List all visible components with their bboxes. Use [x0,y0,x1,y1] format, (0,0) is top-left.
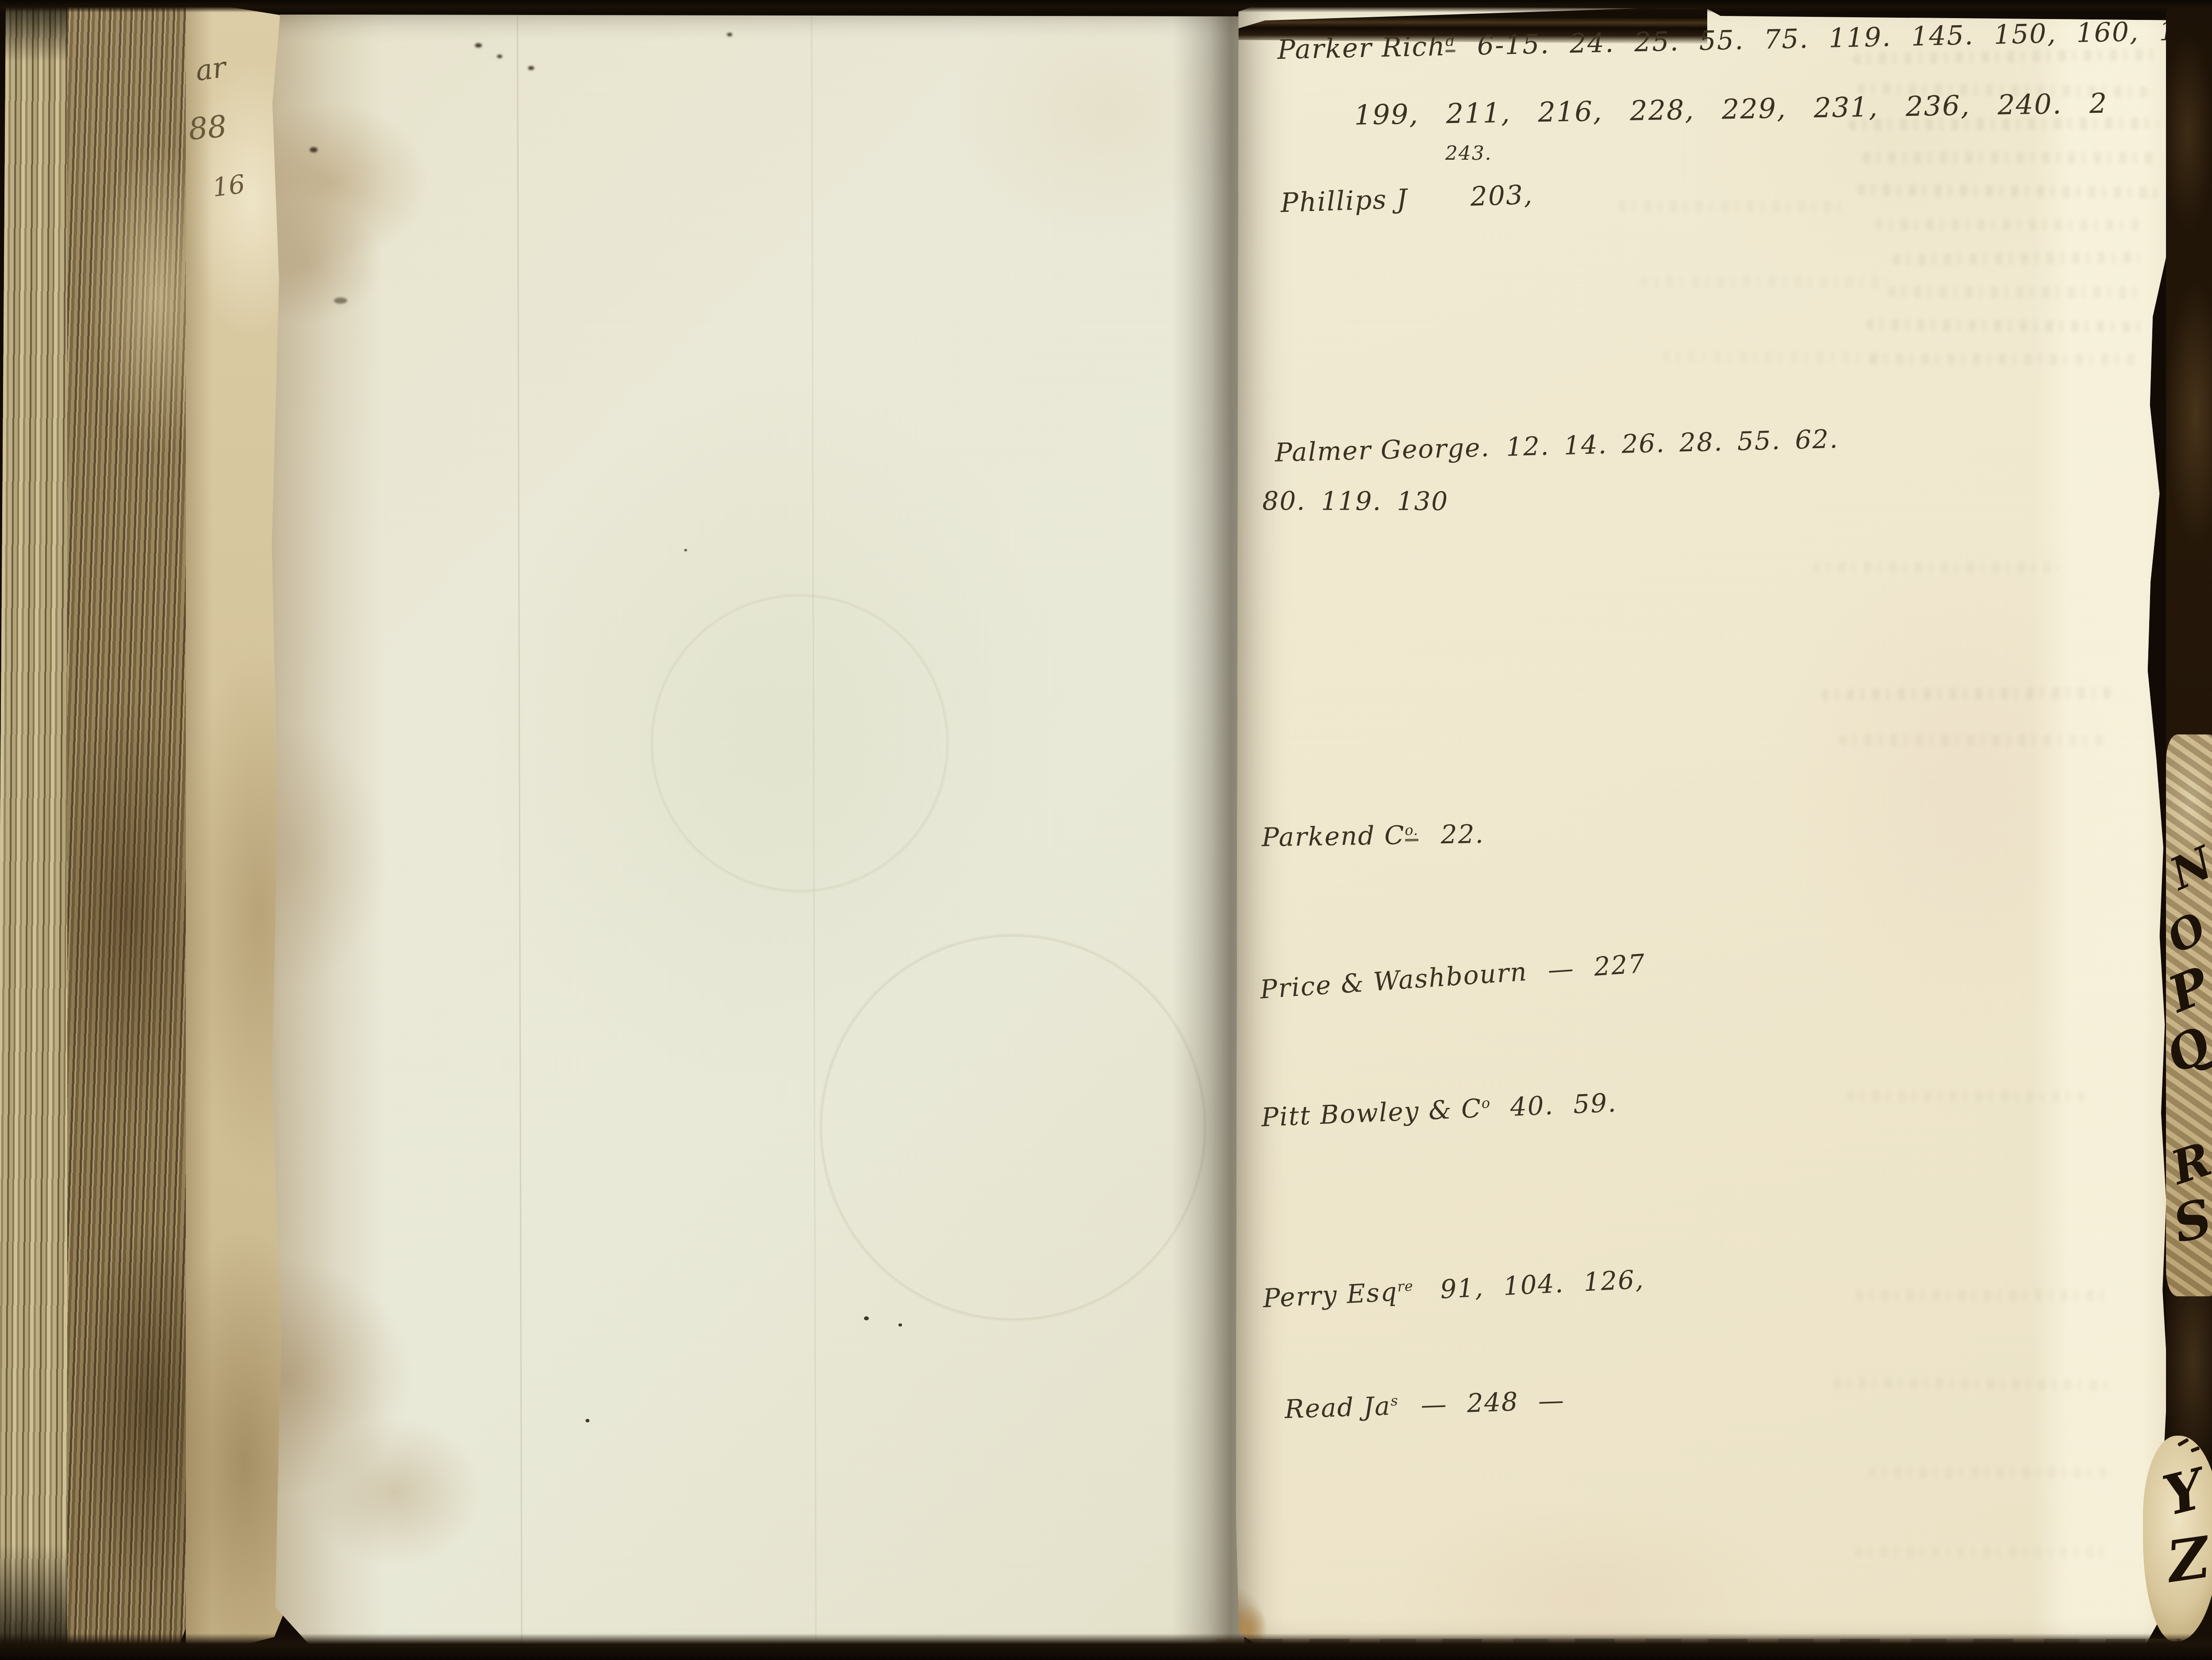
ghost-writing-line [1888,286,2145,298]
ghost-writing-line [1855,1546,2112,1558]
ink-smudge [497,54,502,58]
entry-name: Read Ja [1284,1391,1391,1424]
ink-smudge [310,147,318,153]
page-crease [811,13,817,1650]
ghost-writing-line [1855,1290,2112,1302]
page-crease [517,14,522,1651]
stub-writing-fragment: 88 [187,109,228,147]
index-entry-price: Price & Washbourn — 227 [1259,948,1647,1004]
index-entry-parkend: Parkend Co. 22. [1261,819,1484,853]
ink-smudge [334,297,347,304]
stub-writing-fragment: ar [193,51,228,88]
left-page [267,12,1244,1652]
entry-name: Palmer George. [1275,432,1490,468]
index-entry-perry: Perry Esqre 91, 104. 126, [1262,1264,1645,1314]
ghost-writing-line [1875,219,2140,231]
ghost-writing-line [1866,319,2145,332]
ghost-writing-line [1868,1467,2107,1479]
ghost-writing-line [1870,354,2136,365]
index-entry-phillips: Phillips J 203, [1280,179,1533,219]
ghost-writing-line [1893,252,2140,265]
index-entry-pitt: Pitt Bowley & Co 40. 59. [1261,1087,1617,1133]
entry-superscript: d [1445,32,1455,52]
ghost-writing-line [1833,1377,2108,1391]
index-entry-palmer: Palmer George. 12. 14. 26. 28. 55. 62. [1275,424,1839,468]
ink-smudge [727,33,732,36]
index-entry-palmer-line2: 80. 119. 130 [1262,486,1448,516]
entry-superscript: o [1481,1095,1491,1112]
ghost-writing-line [1663,351,1884,363]
entry-superscript: s [1390,1392,1399,1410]
index-tab-letter-z: Z [2164,1529,2212,1591]
ghost-writing-line [1863,152,2155,164]
index-entry-parker-line3: 243. [1445,142,1492,165]
ghost-writing-line [1618,201,1848,213]
entry-name: Perry Esq [1262,1276,1398,1313]
entry-page-numbers: 22. [1440,819,1484,850]
entry-superscript: o. [1405,822,1418,841]
ink-speck [585,1419,589,1422]
ghost-writing-line [1847,1091,2086,1103]
entry-name: Parkend C [1261,820,1405,853]
ink-speck [864,1316,869,1320]
entry-name: Pitt Bowley & C [1261,1093,1482,1133]
ink-speck [899,1323,902,1326]
entry-page-numbers: 40. 59. [1509,1087,1617,1122]
entry-page-numbers: 12. 14. 26. 28. 55. 62. [1505,424,1839,462]
entry-name: Parker Rich [1277,31,1446,65]
entry-page-numbers: — 248 — [1420,1385,1565,1420]
entry-superscript: re [1397,1277,1413,1295]
bottom-edge-shadow [0,1633,2212,1660]
stub-writing-fragment: 16 [211,169,247,203]
ghost-writing-line [1839,734,2104,746]
ghost-writing-line [1821,687,2113,701]
entry-name: Price & Washbourn [1259,957,1528,1005]
ink-smudge [475,43,482,48]
entry-name: Phillips J [1280,184,1408,219]
ghost-writing-line [1857,184,2158,199]
right-edge-binding: N O P Q R S Y Z [2166,0,2212,1660]
top-edge-shadow [0,0,2212,12]
ink-smudge [528,66,534,70]
index-entry-read: Read Jas — 248 — [1284,1385,1565,1424]
entry-page-numbers: 203, [1470,179,1533,212]
ink-speck [684,549,687,551]
entry-page-numbers: — 227 [1547,948,1646,985]
entry-page-numbers: 91, 104. 126, [1440,1264,1645,1304]
right-page: Parker Richd 6-15. 24. 25. 55. 75. 119. … [1236,5,2182,1654]
ghost-writing-line [1813,561,2060,573]
ghost-writing-line [1640,276,1888,288]
